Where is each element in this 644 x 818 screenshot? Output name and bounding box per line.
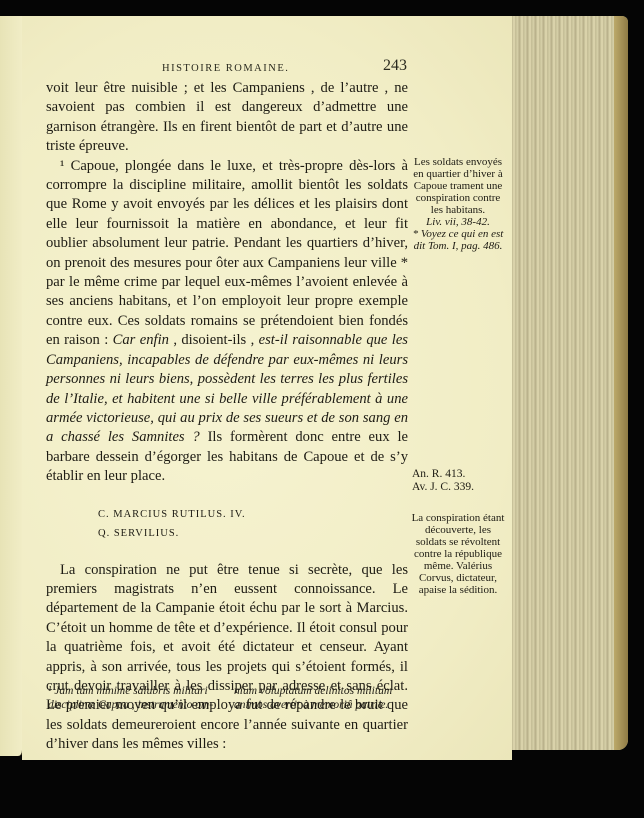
margin-note-2: La conspiration étant découverte, les so… (410, 512, 506, 596)
margin-dates: An. R. 413. Av. J. C. 339. (412, 468, 508, 493)
paragraph-2: ¹ Capoue, plongée dans le luxe, et très-… (46, 157, 408, 487)
speech-tag: , disoient-ils , (169, 332, 259, 348)
footnote-col-2: nium voluptatum delinitos militum animos… (234, 684, 410, 712)
margin-note-1-crossref: * Voyez ce qui en est dit Tom. I, pag. 4… (410, 228, 506, 252)
margin-note-1-text: Les soldats envoyés en quartier d’hiver … (410, 156, 506, 216)
paragraph-3: La conspiration ne put être tenue si sec… (46, 561, 408, 755)
page-number: 243 (383, 57, 407, 75)
consuls-heading: C. MARCIUS RUTILUS. IV.Q. SERVILIUS. (98, 505, 408, 543)
paragraph-1: voit leur être nuisible ; et les Campani… (46, 79, 408, 157)
paragraph-2-text: ¹ Capoue, plongée dans le luxe, et très-… (46, 158, 408, 349)
footnote-col-1: ¹ Jam tùm minimè salubris militari disci… (48, 684, 224, 712)
consul-2: Q. SERVILIUS. (98, 528, 179, 539)
margin-note-1: Les soldats envoyés en quartier d’hiver … (410, 156, 506, 252)
facing-page-edge (0, 16, 24, 756)
running-title: HISTOIRE ROMAINE. (162, 63, 289, 74)
book-page-edges (508, 16, 628, 750)
year-of-rome: An. R. 413. (412, 468, 508, 481)
consul-1: C. MARCIUS RUTILUS. IV. (98, 509, 246, 520)
main-text: voit leur être nuisible ; et les Campani… (46, 79, 408, 755)
footnote: ¹ Jam tùm minimè salubris militari disci… (48, 684, 410, 712)
year-bc: Av. J. C. 339. (412, 481, 508, 494)
margin-note-1-reference: Liv. vii, 38-42. (410, 216, 506, 228)
quote-intro: Car enfin (113, 332, 169, 348)
